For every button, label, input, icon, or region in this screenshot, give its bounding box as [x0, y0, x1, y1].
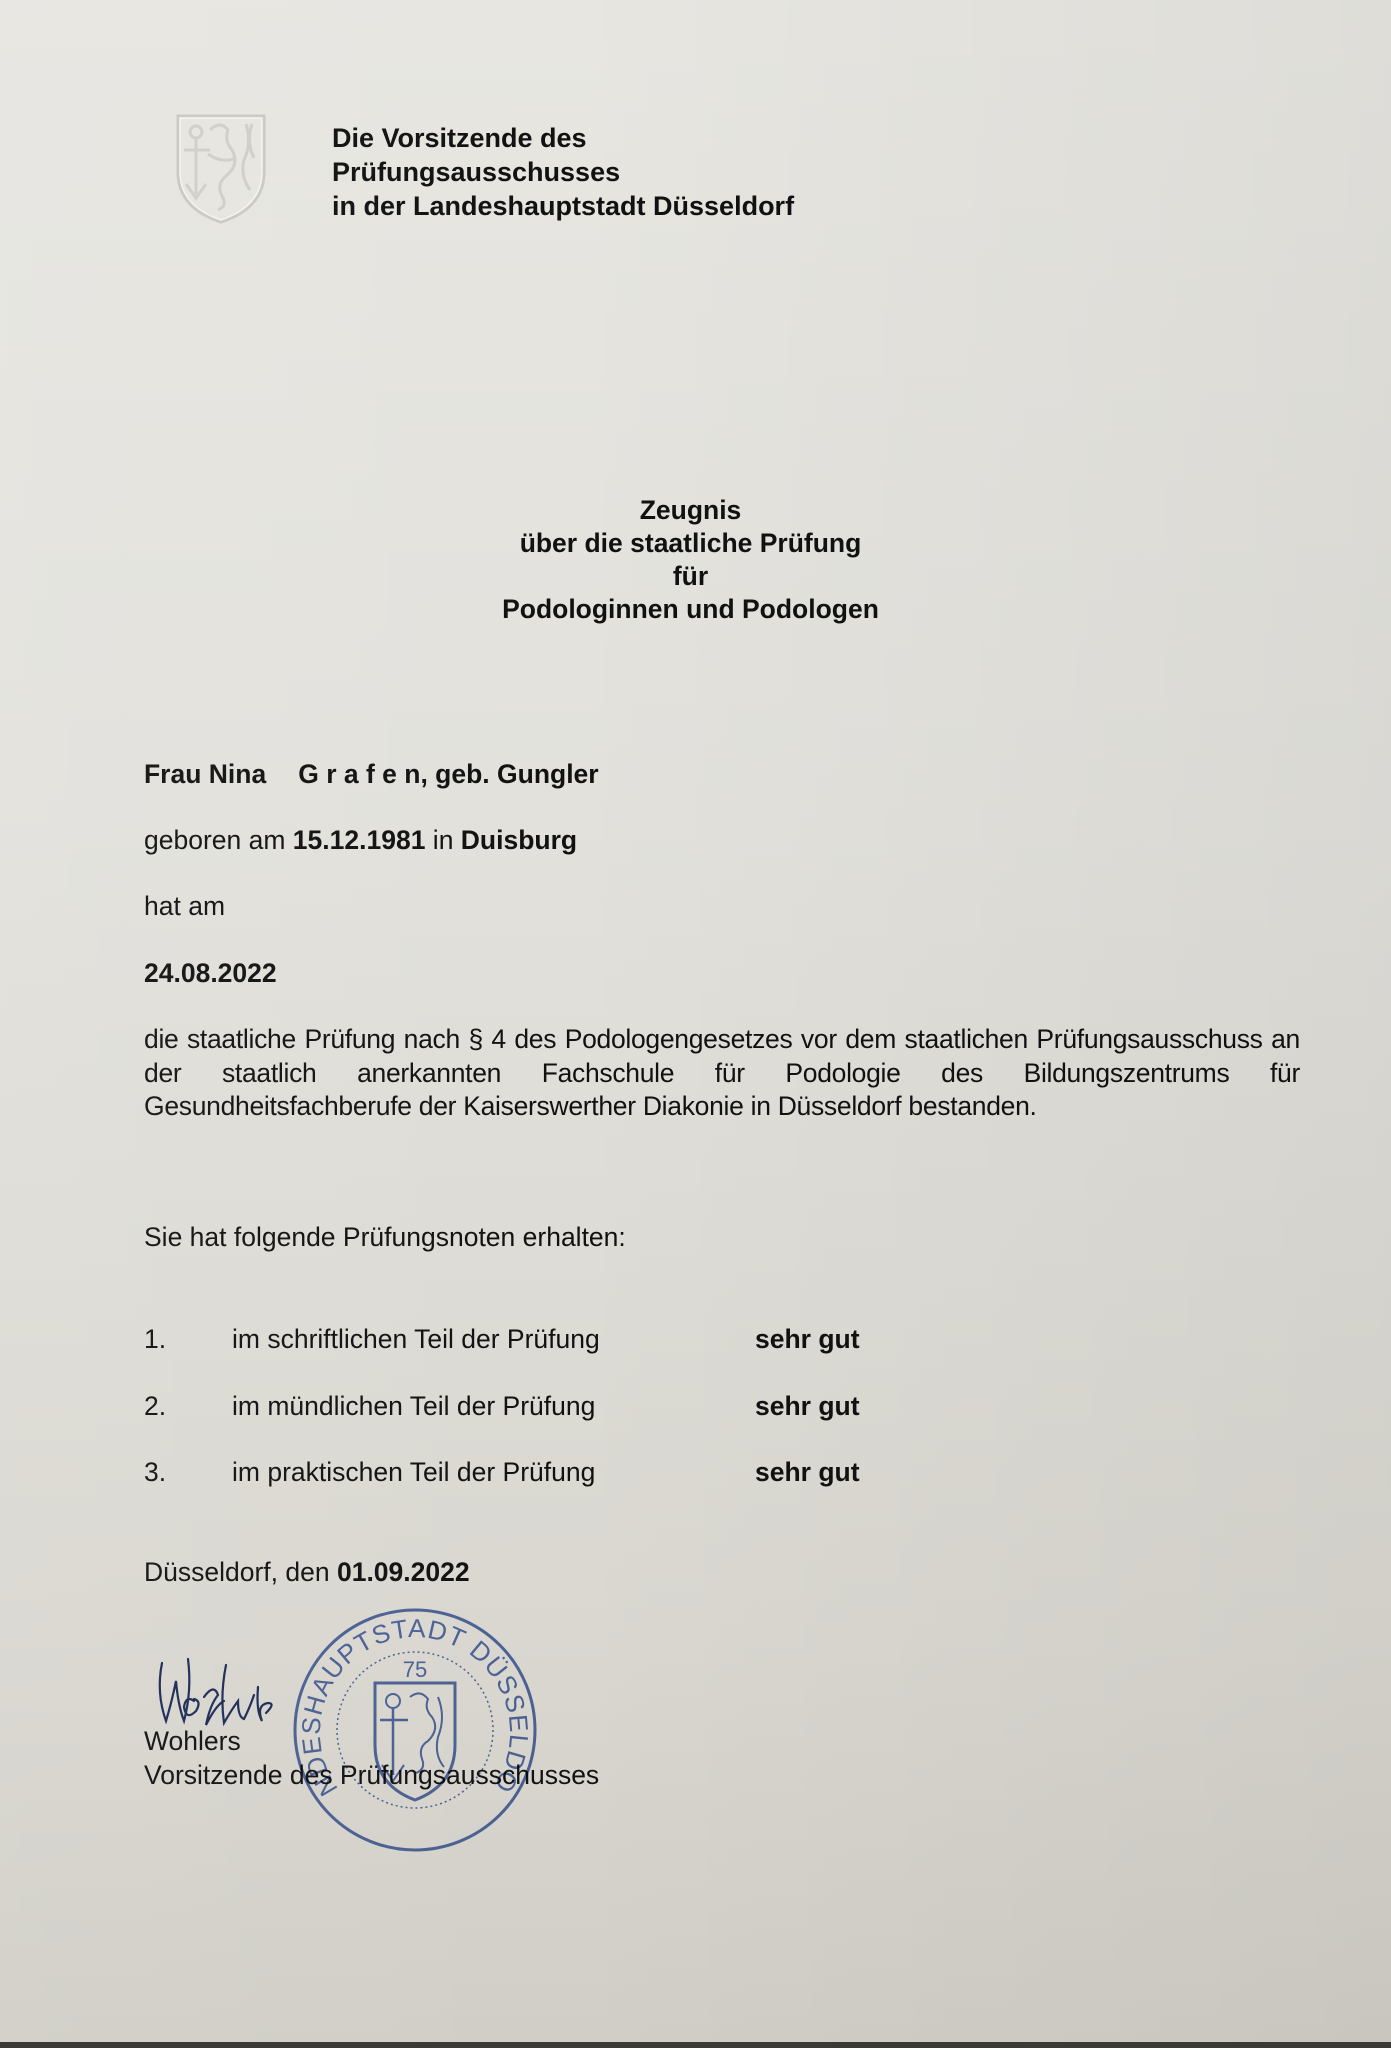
grade-value: sehr gut — [755, 1323, 860, 1356]
candidate-first-name: Frau Nina — [144, 759, 266, 789]
exam-intro: hat am — [144, 890, 225, 923]
grade-value: sehr gut — [755, 1456, 860, 1489]
grade-label: im schriftlichen Teil der Prüfung — [232, 1323, 600, 1356]
candidate-birth-name: , geb. Gungler — [420, 759, 598, 789]
issuer-heading: Die Vorsitzende des Prüfungsausschusses … — [332, 121, 794, 223]
birth-line: geboren am 15.12.1981 in Duisburg — [144, 824, 577, 857]
title-line: für — [0, 560, 1386, 593]
stamp-ring-text: LANDESHAUPTSTADT DÜSSELDORF — [290, 1605, 534, 1802]
certificate-title: Zeugnis über die staatliche Prüfung für … — [0, 494, 1391, 626]
birth-date: 15.12.1981 — [293, 825, 426, 855]
grade-value: sehr gut — [755, 1390, 860, 1423]
grade-number: 3. — [144, 1456, 166, 1489]
grade-number: 2. — [144, 1390, 166, 1423]
grade-label: im mündlichen Teil der Prüfung — [232, 1390, 595, 1423]
certificate-page: Die Vorsitzende des Prüfungsausschusses … — [0, 0, 1391, 2042]
issuer-line: in der Landeshauptstadt Düsseldorf — [332, 189, 794, 223]
birth-prefix: geboren am — [144, 825, 293, 855]
exam-paragraph: die staatliche Prüfung nach § 4 des Podo… — [144, 1023, 1300, 1124]
birth-mid: in — [425, 825, 460, 855]
handwritten-signature-icon — [148, 1645, 308, 1735]
coat-of-arms-embossed-icon — [172, 110, 270, 226]
birth-place: Duisburg — [461, 825, 577, 855]
grade-number: 1. — [144, 1323, 166, 1356]
title-line: über die staatliche Prüfung — [0, 527, 1386, 560]
exam-date: 24.08.2022 — [144, 957, 277, 990]
official-seal-stamp-icon: LANDESHAUPTSTADT DÜSSELDORF 75 — [290, 1605, 540, 1855]
issuer-line: Die Vorsitzende des — [332, 121, 794, 155]
grade-label: im praktischen Teil der Prüfung — [232, 1456, 595, 1489]
candidate-surname: G r a f e n — [298, 759, 420, 789]
svg-text:LANDESHAUPTSTADT DÜSSELDORF: LANDESHAUPTSTADT DÜSSELDORF — [290, 1605, 534, 1802]
title-line: Podologinnen und Podologen — [0, 593, 1386, 626]
title-line: Zeugnis — [0, 494, 1386, 527]
place-date: Düsseldorf, den 01.09.2022 — [144, 1556, 470, 1589]
candidate-name: Frau NinaG r a f e n, geb. Gungler — [144, 758, 599, 791]
issue-date: 01.09.2022 — [337, 1557, 470, 1587]
signer-name: Wohlers — [144, 1725, 241, 1758]
stamp-number: 75 — [403, 1657, 427, 1682]
place-prefix: Düsseldorf, den — [144, 1557, 337, 1587]
issuer-line: Prüfungsausschusses — [332, 155, 794, 189]
grades-intro: Sie hat folgende Prüfungsnoten erhalten: — [144, 1221, 626, 1254]
